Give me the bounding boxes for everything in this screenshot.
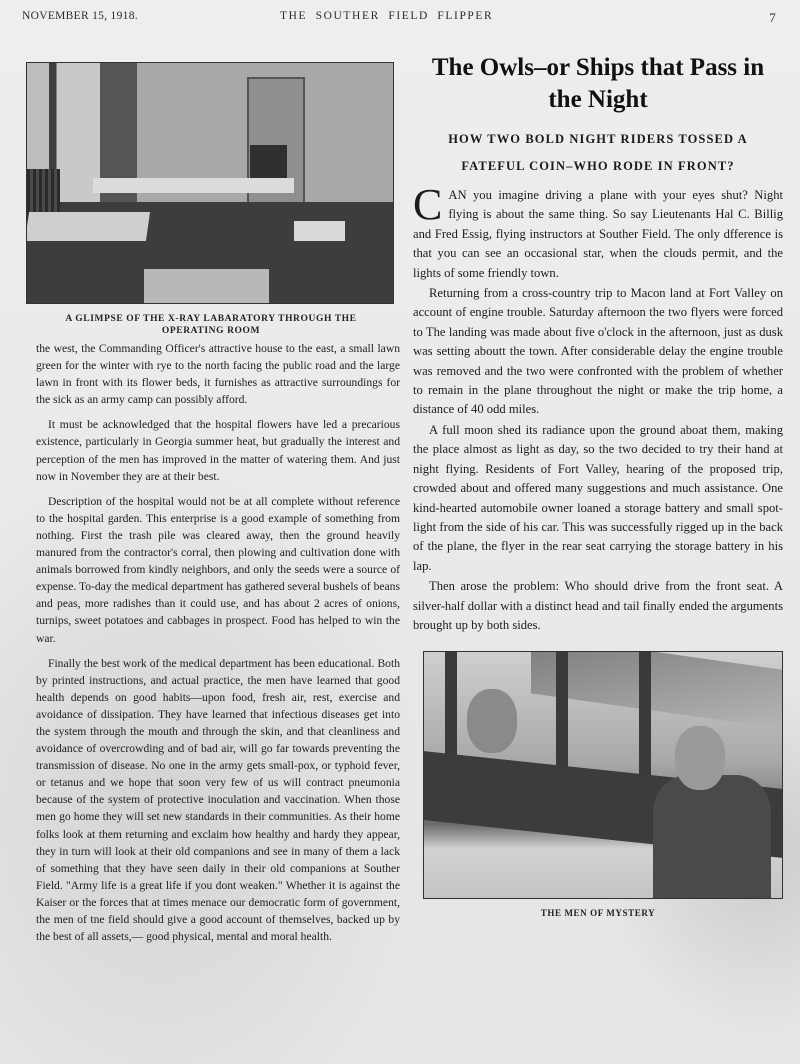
photo-instrument-tray bbox=[144, 269, 268, 303]
paragraph: It must be acknowledged that the hospita… bbox=[36, 416, 400, 484]
photo-folding-chair bbox=[294, 221, 345, 240]
article-subheadline: HOW TWO BOLD NIGHT RIDERS TOSSED A FATEF… bbox=[413, 126, 783, 180]
subhead-line: FATEFUL COIN–WHO RODE IN FRONT? bbox=[413, 153, 783, 180]
pilots-photo bbox=[423, 651, 783, 899]
page-number: 7 bbox=[769, 10, 776, 26]
pilots-photo-caption: THE MEN OF MYSTERY bbox=[431, 907, 765, 919]
pilots-photo-block: THE MEN OF MYSTERY bbox=[413, 651, 783, 919]
hospital-article-continuation: the west, the Commanding Officer's attra… bbox=[22, 340, 400, 945]
paragraph: the west, the Commanding Officer's attra… bbox=[36, 340, 400, 408]
xray-laboratory-photo bbox=[26, 62, 394, 304]
subhead-line: HOW TWO BOLD NIGHT RIDERS TOSSED A bbox=[413, 126, 783, 153]
paragraph: A full moon shed its radiance upon the g… bbox=[413, 421, 783, 576]
photo-side-table bbox=[26, 212, 150, 241]
xray-photo-caption: A GLIMPSE OF THE X-RAY LABARATORY THROUG… bbox=[40, 313, 382, 337]
paragraph: Description of the hospital would not be… bbox=[36, 493, 400, 647]
drop-cap: C bbox=[413, 188, 442, 222]
photo-pilot-rear-coat bbox=[653, 775, 771, 898]
right-column: The Owls–or Ships that Pass in the Night… bbox=[413, 52, 783, 919]
paragraph: Finally the best work of the medical dep… bbox=[36, 655, 400, 946]
photo-pilot-rear bbox=[675, 726, 725, 790]
photo-operating-table bbox=[93, 178, 294, 192]
article-headline: The Owls–or Ships that Pass in the Night bbox=[413, 52, 783, 116]
publication-title: THE SOUTHER FIELD FLIPPER bbox=[280, 10, 493, 22]
left-column: A GLIMPSE OF THE X-RAY LABARATORY THROUG… bbox=[22, 62, 400, 953]
photo-pilot-front bbox=[467, 689, 517, 753]
issue-date: NOVEMBER 15, 1918. bbox=[22, 10, 138, 22]
running-header: NOVEMBER 15, 1918. THE SOUTHER FIELD FLI… bbox=[22, 10, 776, 28]
paragraph-text: AN you imagine driving a plane with your… bbox=[413, 188, 783, 280]
paragraph: Returning from a cross-country trip to M… bbox=[413, 284, 783, 420]
paragraph: CAN you imagine driving a plane with you… bbox=[413, 186, 783, 283]
owls-article-body: CAN you imagine driving a plane with you… bbox=[413, 186, 783, 635]
paragraph: Then arose the problem: Who should drive… bbox=[413, 577, 783, 635]
photo-biplane-wing bbox=[531, 651, 782, 729]
